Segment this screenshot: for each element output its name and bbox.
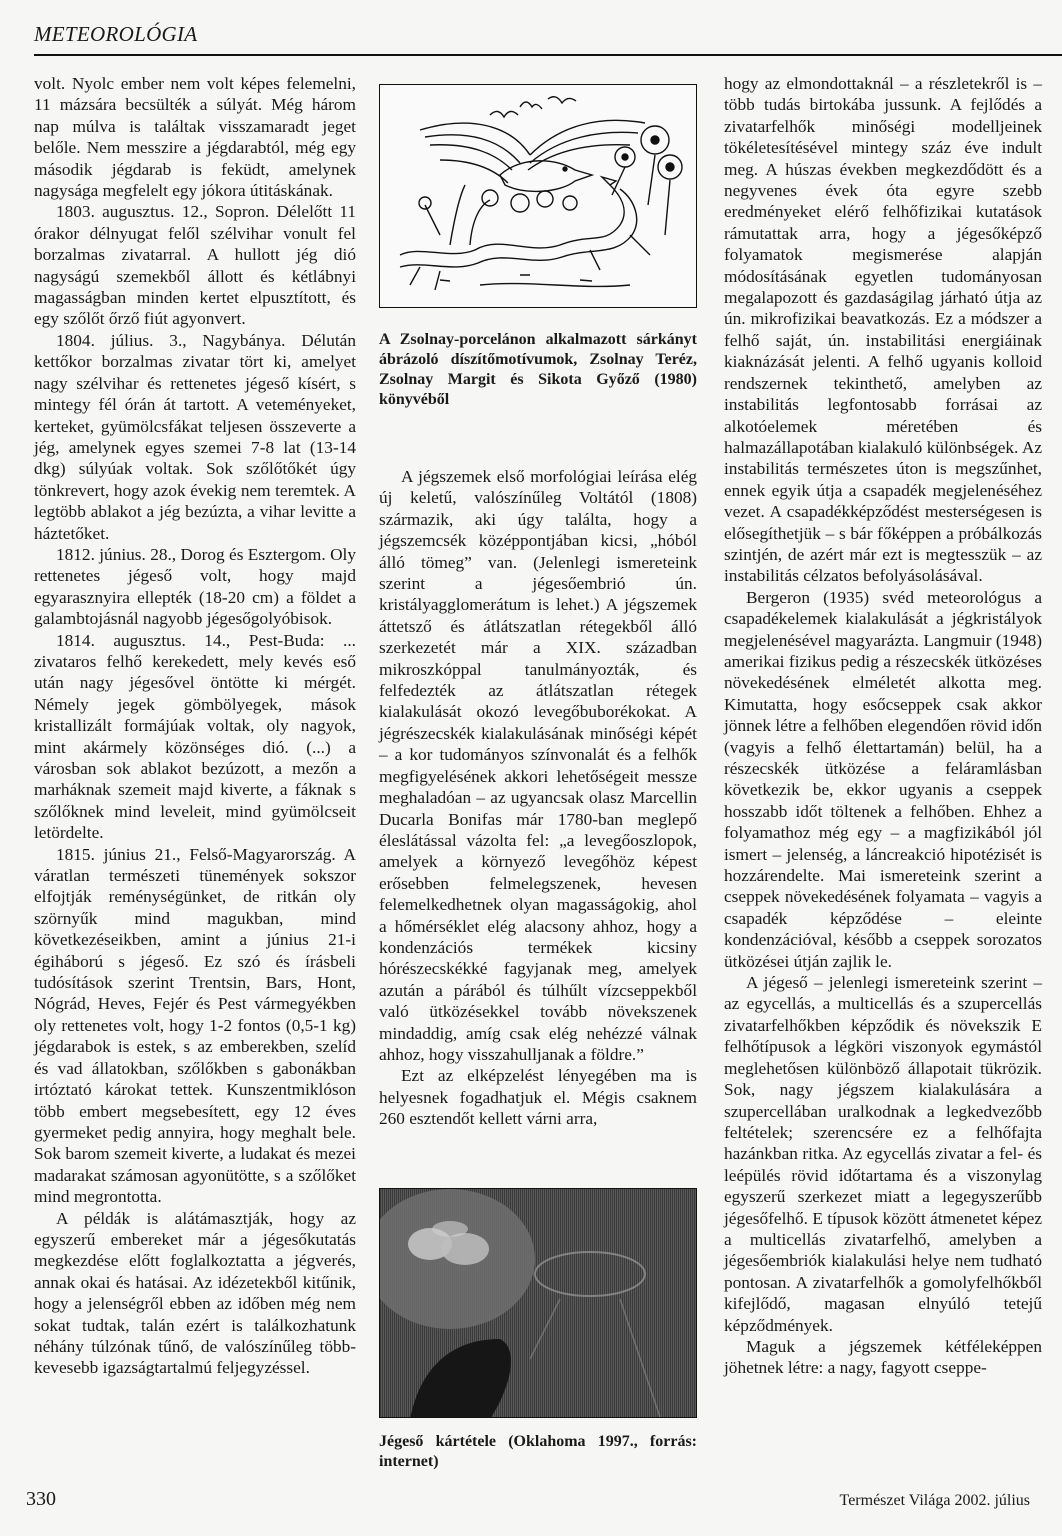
paragraph: Maguk a jégszemek kétféleképpen jöhetnek… (724, 1336, 1042, 1379)
paragraph: 1812. június. 28., Dorog és Esztergom. O… (34, 544, 356, 630)
paragraph: 1814. augusztus. 14., Pest-Buda: ... ziv… (34, 630, 356, 844)
paragraph: Ezt az elképzelést lényegében ma is hely… (379, 1065, 697, 1129)
paragraph: hogy az elmondottaknál – a részletekről … (724, 73, 1042, 587)
paragraph: 1815. június 21., Felső-Magyarország. A … (34, 844, 356, 1208)
paragraph: A jégeső – jelenlegi ismereteink szerint… (724, 972, 1042, 1336)
header-rule (34, 54, 1062, 56)
page-number: 330 (26, 1488, 56, 1511)
column-right: hogy az elmondottaknál – a részletekről … (724, 73, 1042, 1379)
paragraph: Bergeron (1935) svéd meteorológus a csap… (724, 587, 1042, 972)
dragon-bird-illustration-icon (379, 84, 697, 308)
paragraph: A példák is alátámasztják, hogy az egysz… (34, 1208, 356, 1379)
photo-caption: Jégeső kártétele (Oklahoma 1997., forrás… (379, 1432, 697, 1472)
publication-source: Természet Világa 2002. július (840, 1492, 1030, 1510)
paragraph: 1804. július. 3., Nagybánya. Délután ket… (34, 330, 356, 544)
paragraph: volt. Nyolc ember nem volt képes felemel… (34, 73, 356, 201)
column-middle: A Zsolnay-porcelánon alkalmazott sárkány… (379, 70, 697, 1472)
column-left: volt. Nyolc ember nem volt képes felemel… (34, 73, 356, 1379)
paragraph: 1803. augusztus. 12., Sopron. Délelőtt 1… (34, 201, 356, 329)
paragraph: A jégszemek első morfológiai leírása elé… (379, 466, 697, 1065)
figure-caption: A Zsolnay-porcelánon alkalmazott sárkány… (379, 330, 697, 410)
hail-damage-photo-icon (379, 1188, 697, 1418)
section-title: METEOROLÓGIA (34, 22, 197, 47)
